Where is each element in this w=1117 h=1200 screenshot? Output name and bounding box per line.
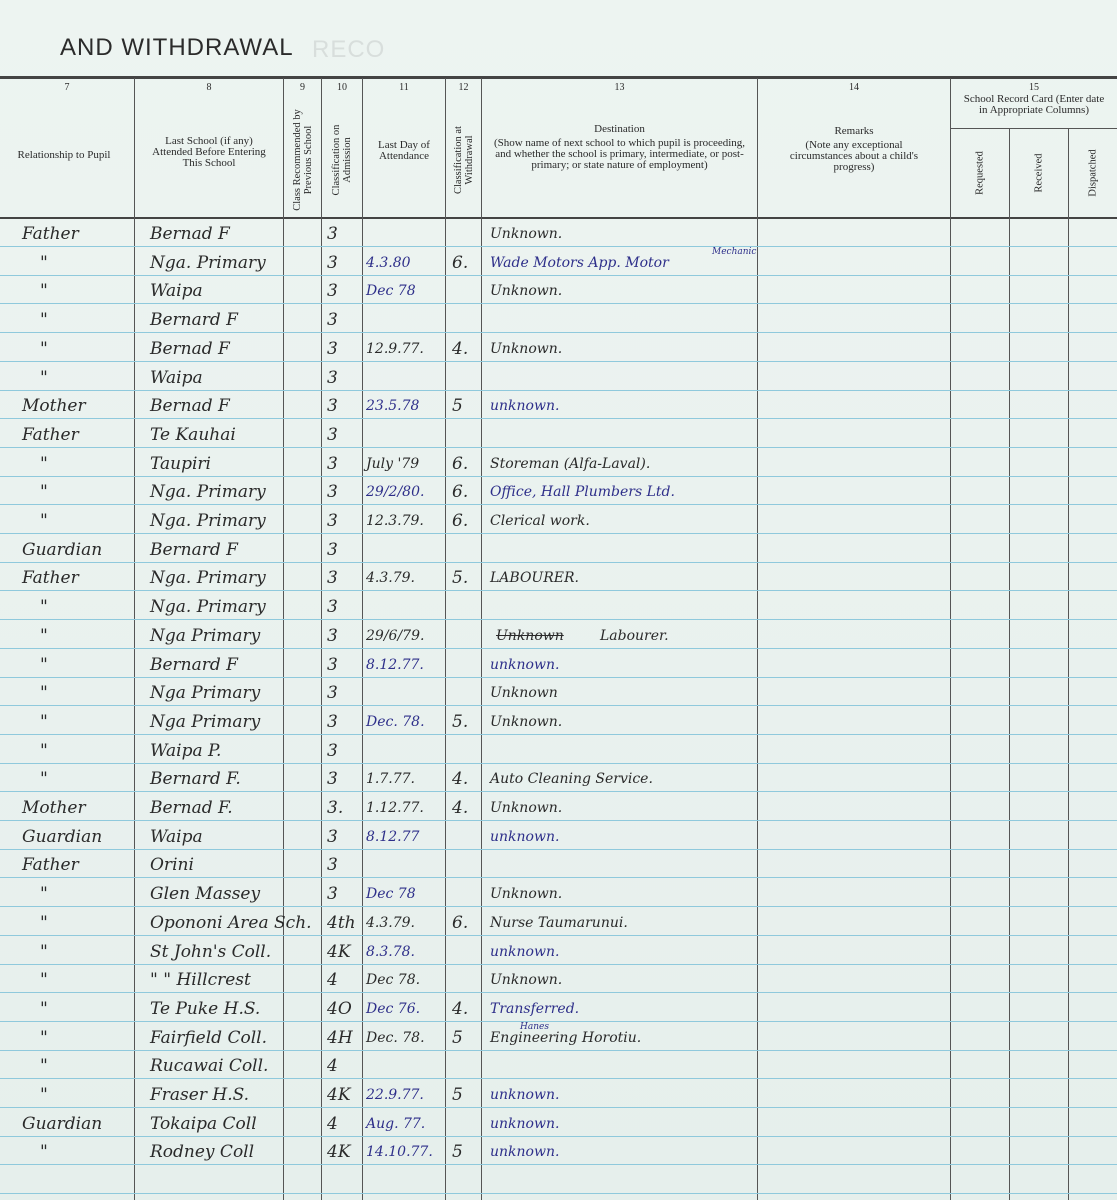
last-school-cell: St John's Coll. [150,942,271,962]
relationship-cell: Mother [22,798,86,818]
ruled-line [0,390,1117,391]
relationship-cell: Father [22,568,79,588]
col-number: 11 [363,82,445,93]
col-number: 12 [446,82,481,93]
class-withdrawal-cell: 5. [452,568,468,588]
col-class-withdrawal-header: 12 Classification at Withdrawal [446,78,481,218]
relationship-cell: Father [22,855,79,875]
class-admission-cell: 4O [327,999,352,1019]
class-admission-cell: 3 [327,425,338,445]
class-withdrawal-cell: 6. [452,253,468,273]
last-school-cell: " " Hillcrest [150,970,251,990]
relationship-cell: Guardian [22,1114,102,1134]
col-class-admission-header: 10 Classification on Admission [322,78,362,218]
col-number: 9 [284,82,321,93]
relationship-cell: " [40,253,48,273]
relationship-cell: " [40,482,48,502]
destination-annotation: Mechanic [712,247,756,257]
destination-cell: Unknown. [490,339,562,359]
last-school-cell: Waipa [150,368,203,388]
relationship-cell: " [40,683,48,703]
relationship-cell: " [40,1142,48,1162]
class-admission-cell: 3 [327,482,338,502]
col-number: 7 [0,82,134,93]
last-school-cell: Opononi Area Sch. [150,913,312,933]
last-school-cell: Waipa [150,827,203,847]
ruled-line [0,964,1117,965]
column-divider [1009,128,1010,1200]
last-school-cell: Bernard F. [150,769,241,789]
ruled-line [0,447,1117,448]
ruled-line [0,935,1117,936]
class-withdrawal-cell: 4. [452,769,468,789]
col-number: 8 [135,82,283,93]
ruled-line [0,1136,1117,1137]
relationship-cell: Mother [22,396,86,416]
relationship-cell: " [40,769,48,789]
col-note: (Show name of next school to which pupil… [487,138,752,171]
relationship-cell: " [40,970,48,990]
class-withdrawal-cell: 5 [452,1142,463,1162]
last-school-cell: Taupiri [150,454,211,474]
last-day-cell: 4.3.80 [366,253,411,273]
class-admission-cell: 3 [327,712,338,732]
col-label: Destination [482,124,757,135]
ruled-line [0,763,1117,764]
class-admission-cell: 3 [327,884,338,904]
last-day-cell: Dec 78. [366,970,420,990]
class-admission-cell: 3 [327,769,338,789]
class-admission-cell: 3 [327,655,338,675]
last-day-cell: 1.7.77. [366,769,415,789]
last-day-cell: Dec 76. [366,999,420,1019]
col-label: Classification on Admission [331,105,353,215]
class-admission-cell: 3 [327,310,338,330]
class-admission-cell: 3 [327,253,338,273]
destination-cell: Clerical work. [490,511,590,531]
ruled-line [0,648,1117,649]
class-admission-cell: 3 [327,597,338,617]
last-school-cell: Te Kauhai [150,425,236,445]
destination-cell: unknown. [490,1114,559,1134]
col-label: Requested [975,151,986,195]
class-withdrawal-cell: 5 [452,1085,463,1105]
last-school-cell: Nga. Primary [150,568,266,588]
class-withdrawal-cell: 4. [452,339,468,359]
last-day-cell: 8.3.78. [366,942,415,962]
relationship-cell: " [40,655,48,675]
ruled-line [0,590,1117,591]
destination-cell: Auto Cleaning Service. [490,769,653,789]
ruled-line [0,1164,1117,1165]
col-received-header: Received [1010,128,1068,218]
class-admission-cell: 4 [327,1056,338,1076]
ruled-line [0,849,1117,850]
ruled-line [0,734,1117,735]
last-school-cell: Nga. Primary [150,597,266,617]
destination-cell: Unknown. [490,798,562,818]
last-day-cell: Aug. 77. [366,1114,425,1134]
class-withdrawal-cell: 4. [452,798,468,818]
class-admission-cell: 3. [327,798,343,818]
ruled-line [0,562,1117,563]
class-admission-cell: 3 [327,855,338,875]
class-admission-cell: 3 [327,827,338,847]
last-day-cell: 4.3.79. [366,913,415,933]
last-day-cell: 12.3.79. [366,511,424,531]
class-admission-cell: 3 [327,224,338,244]
relationship-cell: " [40,368,48,388]
struck-destination: Unknown [496,626,564,646]
class-withdrawal-cell: 6. [452,511,468,531]
destination-cell: Unknown. [490,712,562,732]
class-admission-cell: 4H [327,1028,353,1048]
col-label: Last School (if any) Attended Before Ent… [149,136,269,169]
destination-cell: unknown. [490,1085,559,1105]
last-day-cell: July '79 [366,454,419,474]
class-admission-cell: 3 [327,396,338,416]
col-number: 14 [758,82,950,93]
ruled-line [0,303,1117,304]
destination-cell: unknown. [490,942,559,962]
destination-cell: Transferred. [490,999,579,1019]
last-day-cell: 1.12.77. [366,798,424,818]
last-school-cell: Nga Primary [150,683,260,703]
col-label: Class Recommended by Previous School [292,100,314,220]
destination-cell: Wade Motors App. Motor [490,253,669,273]
last-school-cell: Bernad F [150,339,230,359]
class-withdrawal-cell: 5 [452,396,463,416]
ruled-line [0,1021,1117,1022]
last-school-cell: Bernard F [150,310,238,330]
last-school-cell: Nga Primary [150,626,260,646]
destination-cell: unknown. [490,396,559,416]
destination-cell: Storeman (Alfa-Laval). [490,454,650,474]
col-requested-header: Requested [951,128,1009,218]
class-admission-cell: 3 [327,568,338,588]
class-admission-cell: 3 [327,626,338,646]
last-day-cell: 4.3.79. [366,568,415,588]
col-dispatched-header: Dispatched [1069,128,1117,218]
class-admission-cell: 4th [327,913,356,933]
destination-cell: LABOURER. [490,568,579,588]
destination-cell: Office, Hall Plumbers Ltd. [490,482,675,502]
ruled-line [0,504,1117,505]
relationship-cell: " [40,999,48,1019]
relationship-cell: " [40,712,48,732]
last-day-cell: Dec 78 [366,281,416,301]
col-label: Received [1034,153,1045,192]
last-day-cell: Dec. 78. [366,1028,425,1048]
relationship-cell: " [40,1028,48,1048]
class-admission-cell: 4K [327,1142,351,1162]
class-admission-cell: 3 [327,683,338,703]
last-school-cell: Waipa P. [150,741,221,761]
class-withdrawal-cell: 4. [452,999,468,1019]
last-school-cell: Waipa [150,281,203,301]
last-day-cell: 29/6/79. [366,626,424,646]
ruled-line [0,992,1117,993]
col-class-recommended-header: 9 Class Recommended by Previous School [284,78,321,218]
ruled-line [0,705,1117,706]
destination-cell: Unknown [490,683,558,703]
last-school-cell: Rucawai Coll. [150,1056,268,1076]
class-admission-cell: 4K [327,1085,351,1105]
last-day-cell: Dec. 78. [366,712,425,732]
destination-cell: Unknown. [490,224,562,244]
last-school-cell: Nga. Primary [150,253,266,273]
relationship-cell: " [40,310,48,330]
relationship-cell: " [40,741,48,761]
last-school-cell: Nga Primary [150,712,260,732]
class-withdrawal-cell: 6. [452,454,468,474]
class-admission-cell: 3 [327,281,338,301]
ruled-line [0,677,1117,678]
last-day-cell: 22.9.77. [366,1085,424,1105]
col-destination-header: 13 Destination (Show name of next school… [482,78,757,218]
ruled-line [0,332,1117,333]
destination-cell: Unknown. [490,884,562,904]
col-remarks-header: 14 Remarks (Note any exceptional circums… [758,78,950,218]
relationship-cell: " [40,339,48,359]
class-admission-cell: 3 [327,339,338,359]
last-day-cell: 29/2/80. [366,482,424,502]
relationship-cell: " [40,1056,48,1076]
col-last-school-header: 8 Last School (if any) Attended Before E… [135,78,283,218]
last-school-cell: Rodney Coll [150,1142,254,1162]
last-school-cell: Bernad F. [150,798,233,818]
class-admission-cell: 3 [327,540,338,560]
col-label: Last Day of Attendance [371,140,437,162]
relationship-cell: Father [22,224,79,244]
destination-cell: Labourer. [600,626,669,646]
destination-cell: unknown. [490,1142,559,1162]
col-last-day-header: 11 Last Day of Attendance [363,78,445,218]
relationship-cell: " [40,884,48,904]
ruled-line [0,1107,1117,1108]
destination-annotation: Hanes [520,1022,549,1032]
col-label: Remarks [758,126,950,137]
class-withdrawal-cell: 5. [452,712,468,732]
ledger-page: AND WITHDRAWAL RECO 7 Relationship to Pu… [0,0,1117,1200]
last-school-cell: Tokaipa Coll [150,1114,257,1134]
last-school-cell: Te Puke H.S. [150,999,260,1019]
last-school-cell: Bernad F [150,396,230,416]
col-number: 13 [482,82,757,93]
last-day-cell: 23.5.78 [366,396,419,416]
destination-cell: Unknown. [490,970,562,990]
last-day-cell: Dec 78 [366,884,416,904]
relationship-cell: " [40,913,48,933]
relationship-cell: Father [22,425,79,445]
class-withdrawal-cell: 6. [452,482,468,502]
ruled-line [0,246,1117,247]
relationship-cell: " [40,1085,48,1105]
relationship-cell: " [40,626,48,646]
class-admission-cell: 3 [327,454,338,474]
class-admission-cell: 4 [327,1114,338,1134]
relationship-cell: " [40,281,48,301]
last-day-cell: 14.10.77. [366,1142,433,1162]
last-school-cell: Nga. Primary [150,511,266,531]
col-label: Dispatched [1088,149,1099,196]
destination-cell: Engineering Horotiu. [490,1028,641,1048]
class-admission-cell: 4K [327,942,351,962]
ruled-line [0,619,1117,620]
col-number: 15 [951,82,1117,93]
col-label: School Record Card (Enter date in Approp… [959,94,1109,116]
class-admission-cell: 3 [327,741,338,761]
ruled-line [0,791,1117,792]
relationship-cell: " [40,511,48,531]
col-label: Classification at Withdrawal [453,105,475,215]
relationship-cell: Guardian [22,540,102,560]
relationship-cell: " [40,597,48,617]
col-label: Relationship to Pupil [4,150,124,161]
ruled-line [0,820,1117,821]
col-note: (Note any exceptional circumstances abou… [784,140,924,173]
show-through-text: RECO [312,36,385,64]
last-day-cell: 8.12.77. [366,655,424,675]
ruled-line [0,361,1117,362]
ruled-line [0,476,1117,477]
ruled-line [0,877,1117,878]
ruled-line [0,1078,1117,1079]
destination-cell: unknown. [490,655,559,675]
page-title: AND WITHDRAWAL [60,34,294,62]
last-school-cell: Orini [150,855,194,875]
ruled-line [0,1050,1117,1051]
destination-cell: unknown. [490,827,559,847]
ruled-line [0,418,1117,419]
class-admission-cell: 3 [327,368,338,388]
relationship-cell: Guardian [22,827,102,847]
last-day-cell: 12.9.77. [366,339,424,359]
ruled-line [0,533,1117,534]
class-withdrawal-cell: 5 [452,1028,463,1048]
last-school-cell: Bernard F [150,655,238,675]
column-divider [1068,128,1069,1200]
last-school-cell: Bernad F [150,224,230,244]
last-school-cell: Glen Massey [150,884,260,904]
col-number: 10 [322,82,362,93]
relationship-cell: " [40,454,48,474]
col-relationship-header: 7 Relationship to Pupil [0,78,134,218]
last-school-cell: Nga. Primary [150,482,266,502]
class-admission-cell: 3 [327,511,338,531]
last-school-cell: Fraser H.S. [150,1085,249,1105]
last-school-cell: Fairfield Coll. [150,1028,267,1048]
last-day-cell: 8.12.77 [366,827,419,847]
ruled-line [0,275,1117,276]
ruled-line [0,906,1117,907]
class-admission-cell: 4 [327,970,338,990]
destination-cell: Unknown. [490,281,562,301]
ruled-line [0,1193,1117,1194]
destination-cell: Nurse Taumarunui. [490,913,628,933]
class-withdrawal-cell: 6. [452,913,468,933]
last-school-cell: Bernard F [150,540,238,560]
relationship-cell: " [40,942,48,962]
